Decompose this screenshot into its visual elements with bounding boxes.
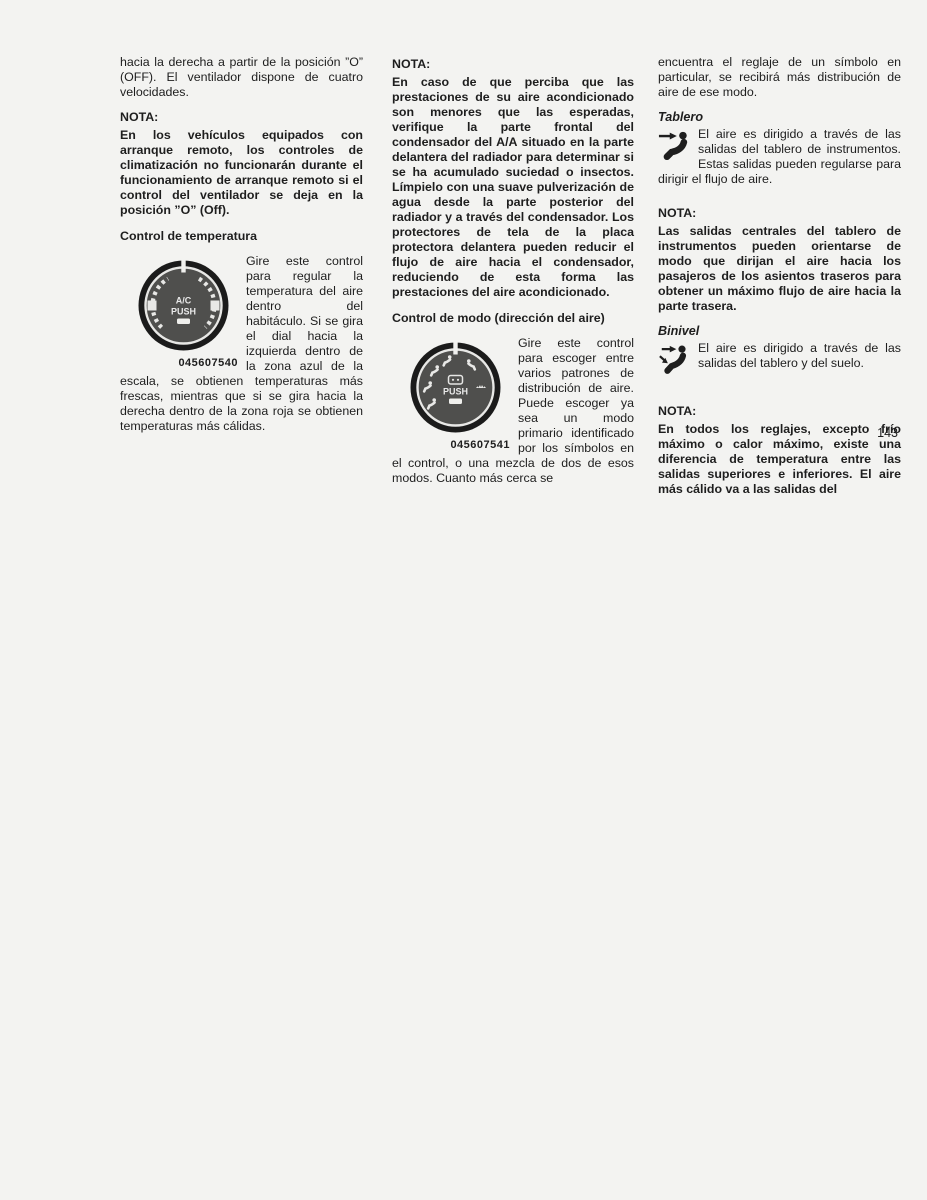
dial-ac-label: A/C xyxy=(176,296,192,306)
intro-paragraph: hacia la derecha a partir de la posición… xyxy=(120,55,363,100)
binivel-section: El aire es dirigido a través de las sali… xyxy=(658,341,901,380)
dial-pointer-mark xyxy=(453,343,457,355)
tablero-paragraph: El aire es dirigido a través de las sali… xyxy=(658,127,901,187)
mode-dial-figure: PUSH 045607541 xyxy=(392,340,514,453)
page-number: 143 xyxy=(658,426,898,440)
warm-zone-block xyxy=(211,301,220,311)
nota-paragraph: Las salidas centrales del tablero de ins… xyxy=(658,224,901,314)
temperature-dial-icon: A/C PUSH xyxy=(136,258,231,353)
figure-caption: 045607541 xyxy=(392,438,514,453)
dial-push-label: PUSH xyxy=(171,307,196,317)
figure-caption: 045607540 xyxy=(120,356,242,371)
nota-paragraph: En caso de que perciba que las prestacio… xyxy=(392,75,634,300)
subheading-tablero: Tablero xyxy=(658,110,901,125)
section-heading-temperature: Control de temperatura xyxy=(120,229,363,244)
dial-button-mark xyxy=(177,319,190,325)
center-button-dot xyxy=(452,379,454,381)
bilevel-airflow-icon xyxy=(658,343,690,375)
mode-dial-icon: PUSH xyxy=(408,340,503,435)
dial-pointer-mark xyxy=(181,261,185,273)
cool-zone-block xyxy=(148,301,157,311)
dial-push-label: PUSH xyxy=(443,387,468,397)
section-heading-mode: Control de modo (dirección del aire) xyxy=(392,311,634,326)
tablero-section: El aire es dirigido a través de las sali… xyxy=(658,127,901,196)
temperature-dial-figure: A/C PUSH 045607540 xyxy=(120,258,242,371)
subheading-binivel: Binivel xyxy=(658,324,901,339)
manual-page: hacia la derecha a partir de la posición… xyxy=(0,0,927,1200)
nota-heading: NOTA: xyxy=(658,206,901,221)
center-button-dot xyxy=(457,379,459,381)
mode-section: PUSH 045607541 Gire este control para es… xyxy=(392,336,634,495)
nota-paragraph: En los vehículos equipados con arranque … xyxy=(120,128,363,218)
binivel-paragraph: El aire es dirigido a través de las sali… xyxy=(658,341,901,371)
panel-airflow-icon xyxy=(658,129,690,161)
column-middle: NOTA: En caso de que perciba que las pre… xyxy=(392,55,634,506)
dial-button-mark xyxy=(449,399,462,405)
nota-heading: NOTA: xyxy=(120,110,363,125)
nota-heading: NOTA: xyxy=(392,57,634,72)
column-left: hacia la derecha a partir de la posición… xyxy=(120,55,363,506)
nota-heading: NOTA: xyxy=(658,404,901,419)
temperature-section: A/C PUSH 045607540 Gire este control par… xyxy=(120,254,363,443)
continuation-paragraph: encuentra el reglaje de un símbolo en pa… xyxy=(658,55,901,100)
